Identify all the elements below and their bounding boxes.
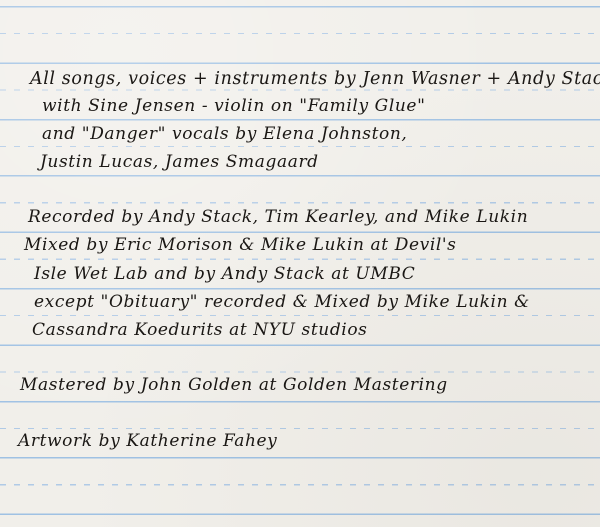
- handwritten-line: Artwork by Katherine Fahey: [18, 431, 277, 451]
- handwritten-line: All songs, voices + instruments by Jenn …: [30, 69, 600, 89]
- handwritten-line: Mixed by Eric Morison & Mike Lukin at De…: [24, 235, 457, 255]
- handwritten-line: except "Obituary" recorded & Mixed by Mi…: [34, 292, 530, 312]
- handwritten-line: Cassandra Koedurits at NYU studios: [32, 320, 368, 340]
- ruled-notebook-page: All songs, voices + instruments by Jenn …: [0, 0, 600, 527]
- handwritten-line: Mastered by John Golden at Golden Master…: [20, 375, 448, 395]
- handwritten-line: Justin Lucas, James Smagaard: [40, 152, 319, 172]
- handwritten-line: and "Danger" vocals by Elena Johnston,: [42, 124, 407, 144]
- handwritten-line: Isle Wet Lab and by Andy Stack at UMBC: [34, 264, 415, 284]
- handwritten-line: with Sine Jensen - violin on "Family Glu…: [42, 96, 426, 116]
- handwritten-line: Recorded by Andy Stack, Tim Kearley, and…: [28, 207, 528, 227]
